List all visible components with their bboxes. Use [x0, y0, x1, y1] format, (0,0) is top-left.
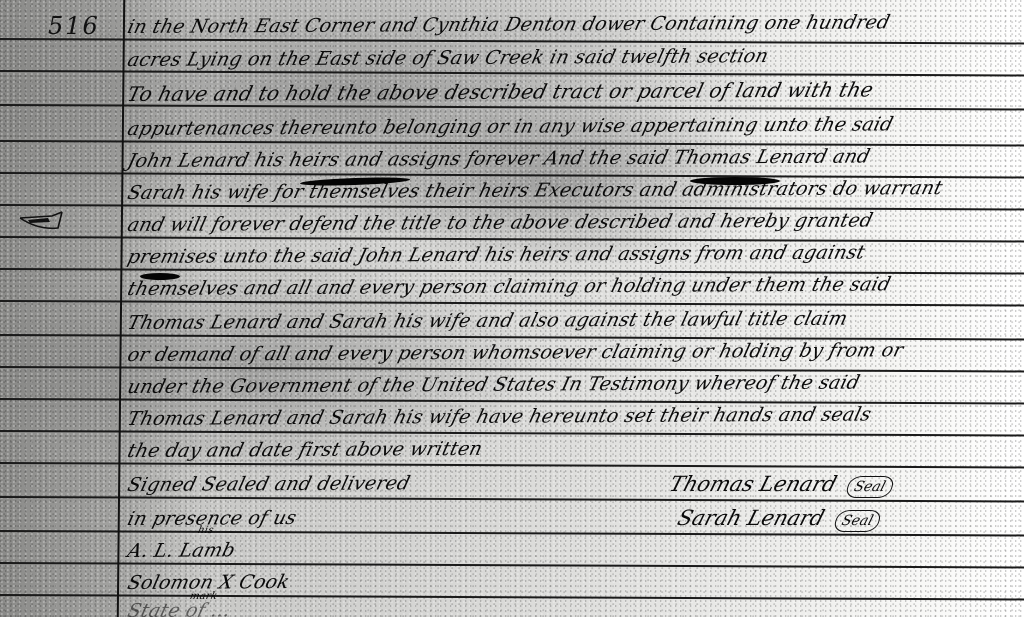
- deed-line: themselves and all and every person clai…: [125, 273, 893, 300]
- signature-name: Sarah Lenard: [675, 506, 827, 530]
- margin-pointer-mark-icon: [18, 210, 66, 232]
- ruled-line: [0, 562, 1024, 568]
- deed-line: premises unto the said John Lenard his h…: [125, 242, 867, 268]
- deed-line: in the North East Corner and Cynthia Den…: [125, 11, 892, 38]
- ruled-line: [0, 70, 1024, 76]
- signature-sarah-lenard: Sarah LenardSeal: [674, 506, 884, 532]
- deed-line: appurtenances thereunto belonging or in …: [125, 113, 895, 140]
- signature-name: Thomas Lenard: [667, 472, 840, 496]
- deed-line: John Lenard his heirs and assigns foreve…: [125, 145, 872, 172]
- deed-line: under the Government of the United State…: [125, 372, 862, 398]
- ruled-line: [0, 236, 1024, 242]
- folio-number: 516: [48, 12, 100, 40]
- his-annotation: his: [197, 525, 215, 536]
- deed-line: Sarah his wife for themselves their heir…: [125, 177, 945, 204]
- deed-line: Thomas Lenard and Sarah his wife have he…: [125, 403, 873, 430]
- ruled-line: [0, 430, 1024, 436]
- ruled-line: [0, 462, 1024, 468]
- seal-scroll-icon: Seal: [844, 476, 895, 498]
- scanned-deed-page: 516 in the North East Corner and Cynthia…: [0, 0, 1024, 617]
- attestation-line: Signed Sealed and delivered: [125, 472, 412, 496]
- margin-rule: [117, 0, 125, 617]
- witness-name: A. L. Lamb: [125, 539, 237, 562]
- deed-line: acres Lying on the East side of Saw Cree…: [125, 45, 770, 71]
- seal-scroll-icon: Seal: [832, 510, 883, 532]
- deed-line: Thomas Lenard and Sarah his wife and als…: [125, 308, 850, 334]
- ruled-line: [0, 366, 1024, 372]
- deed-line: To have and to hold the above described …: [125, 77, 876, 106]
- deed-line: and will forever defend the title to the…: [125, 209, 875, 236]
- state-heading: State of ...: [125, 599, 232, 617]
- deed-line: or demand of all and every person whomso…: [125, 339, 905, 366]
- ruled-line: [0, 38, 1024, 44]
- signature-thomas-lenard: Thomas LenardSeal: [666, 472, 896, 498]
- deed-line: the day and date first above written: [125, 438, 484, 462]
- ruled-line: [0, 300, 1024, 306]
